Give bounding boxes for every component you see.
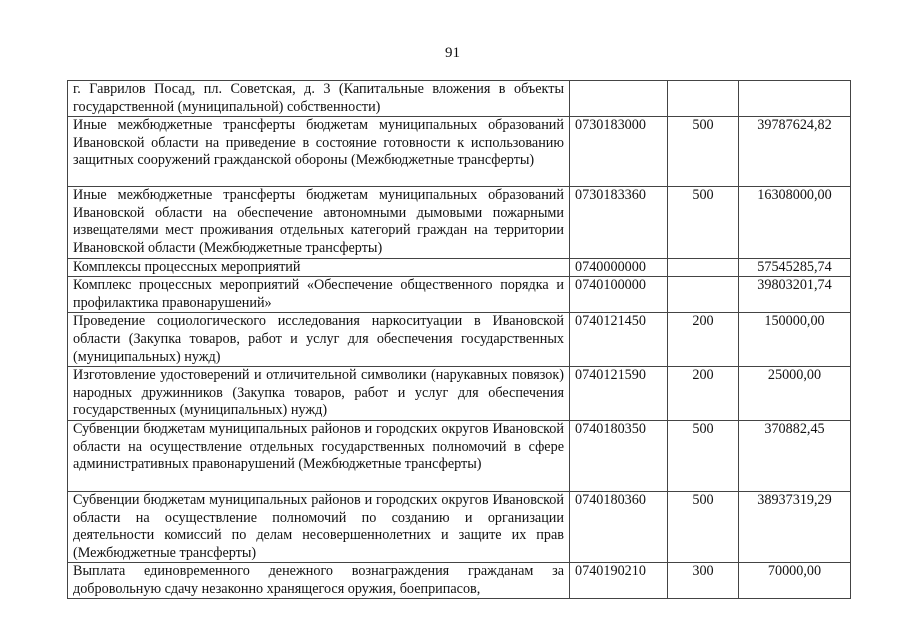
budget-table: г. Гаврилов Посад, пл. Советская, д. 3 (…	[67, 80, 851, 599]
row-expense-type: 200	[668, 367, 739, 421]
row-expense-type: 300	[668, 563, 739, 599]
table-row: Изготовление удостоверений и отличительн…	[68, 367, 851, 421]
table-row: Проведение социологического исследования…	[68, 313, 851, 367]
row-target-code: 0740190210	[570, 563, 668, 599]
row-description: Субвенции бюджетам муниципальных районов…	[68, 420, 570, 491]
row-description: Иные межбюджетные трансферты бюджетам му…	[68, 117, 570, 187]
row-description: Комплексы процессных мероприятий	[68, 258, 570, 277]
table-row: Иные межбюджетные трансферты бюджетам му…	[68, 187, 851, 258]
row-target-code: 0740000000	[570, 258, 668, 277]
row-target-code: 0730183360	[570, 187, 668, 258]
row-amount: 39803201,74	[739, 277, 851, 313]
table-row: Комплексы процессных мероприятий 0740000…	[68, 258, 851, 277]
page-number: 91	[0, 45, 905, 62]
table-row: Иные межбюджетные трансферты бюджетам му…	[68, 117, 851, 187]
row-description: Проведение социологического исследования…	[68, 313, 570, 367]
row-target-code: 0740121450	[570, 313, 668, 367]
row-target-code: 0740180350	[570, 420, 668, 491]
row-target-code: 0740100000	[570, 277, 668, 313]
row-expense-type: 500	[668, 117, 739, 187]
row-target-code: 0740121590	[570, 367, 668, 421]
row-expense-type	[668, 81, 739, 117]
row-expense-type	[668, 277, 739, 313]
table-row: Субвенции бюджетам муниципальных районов…	[68, 420, 851, 491]
table-row: Комплекс процессных мероприятий «Обеспеч…	[68, 277, 851, 313]
row-description: г. Гаврилов Посад, пл. Советская, д. 3 (…	[68, 81, 570, 117]
row-description: Субвенции бюджетам муниципальных районов…	[68, 491, 570, 562]
row-description: Комплекс процессных мероприятий «Обеспеч…	[68, 277, 570, 313]
row-expense-type: 200	[668, 313, 739, 367]
row-amount: 38937319,29	[739, 491, 851, 562]
row-expense-type: 500	[668, 187, 739, 258]
table-row: Выплата единовременного денежного вознаг…	[68, 563, 851, 599]
row-expense-type: 500	[668, 491, 739, 562]
row-expense-type	[668, 258, 739, 277]
row-description: Выплата единовременного денежного вознаг…	[68, 563, 570, 599]
row-amount: 150000,00	[739, 313, 851, 367]
row-description: Иные межбюджетные трансферты бюджетам му…	[68, 187, 570, 258]
table-row: г. Гаврилов Посад, пл. Советская, д. 3 (…	[68, 81, 851, 117]
table-row: Субвенции бюджетам муниципальных районов…	[68, 491, 851, 562]
row-amount: 70000,00	[739, 563, 851, 599]
row-amount: 25000,00	[739, 367, 851, 421]
row-expense-type: 500	[668, 420, 739, 491]
row-target-code: 0730183000	[570, 117, 668, 187]
row-amount: 57545285,74	[739, 258, 851, 277]
row-target-code: 0740180360	[570, 491, 668, 562]
row-amount: 39787624,82	[739, 117, 851, 187]
row-target-code	[570, 81, 668, 117]
row-amount	[739, 81, 851, 117]
row-amount: 370882,45	[739, 420, 851, 491]
row-amount: 16308000,00	[739, 187, 851, 258]
row-description: Изготовление удостоверений и отличительн…	[68, 367, 570, 421]
